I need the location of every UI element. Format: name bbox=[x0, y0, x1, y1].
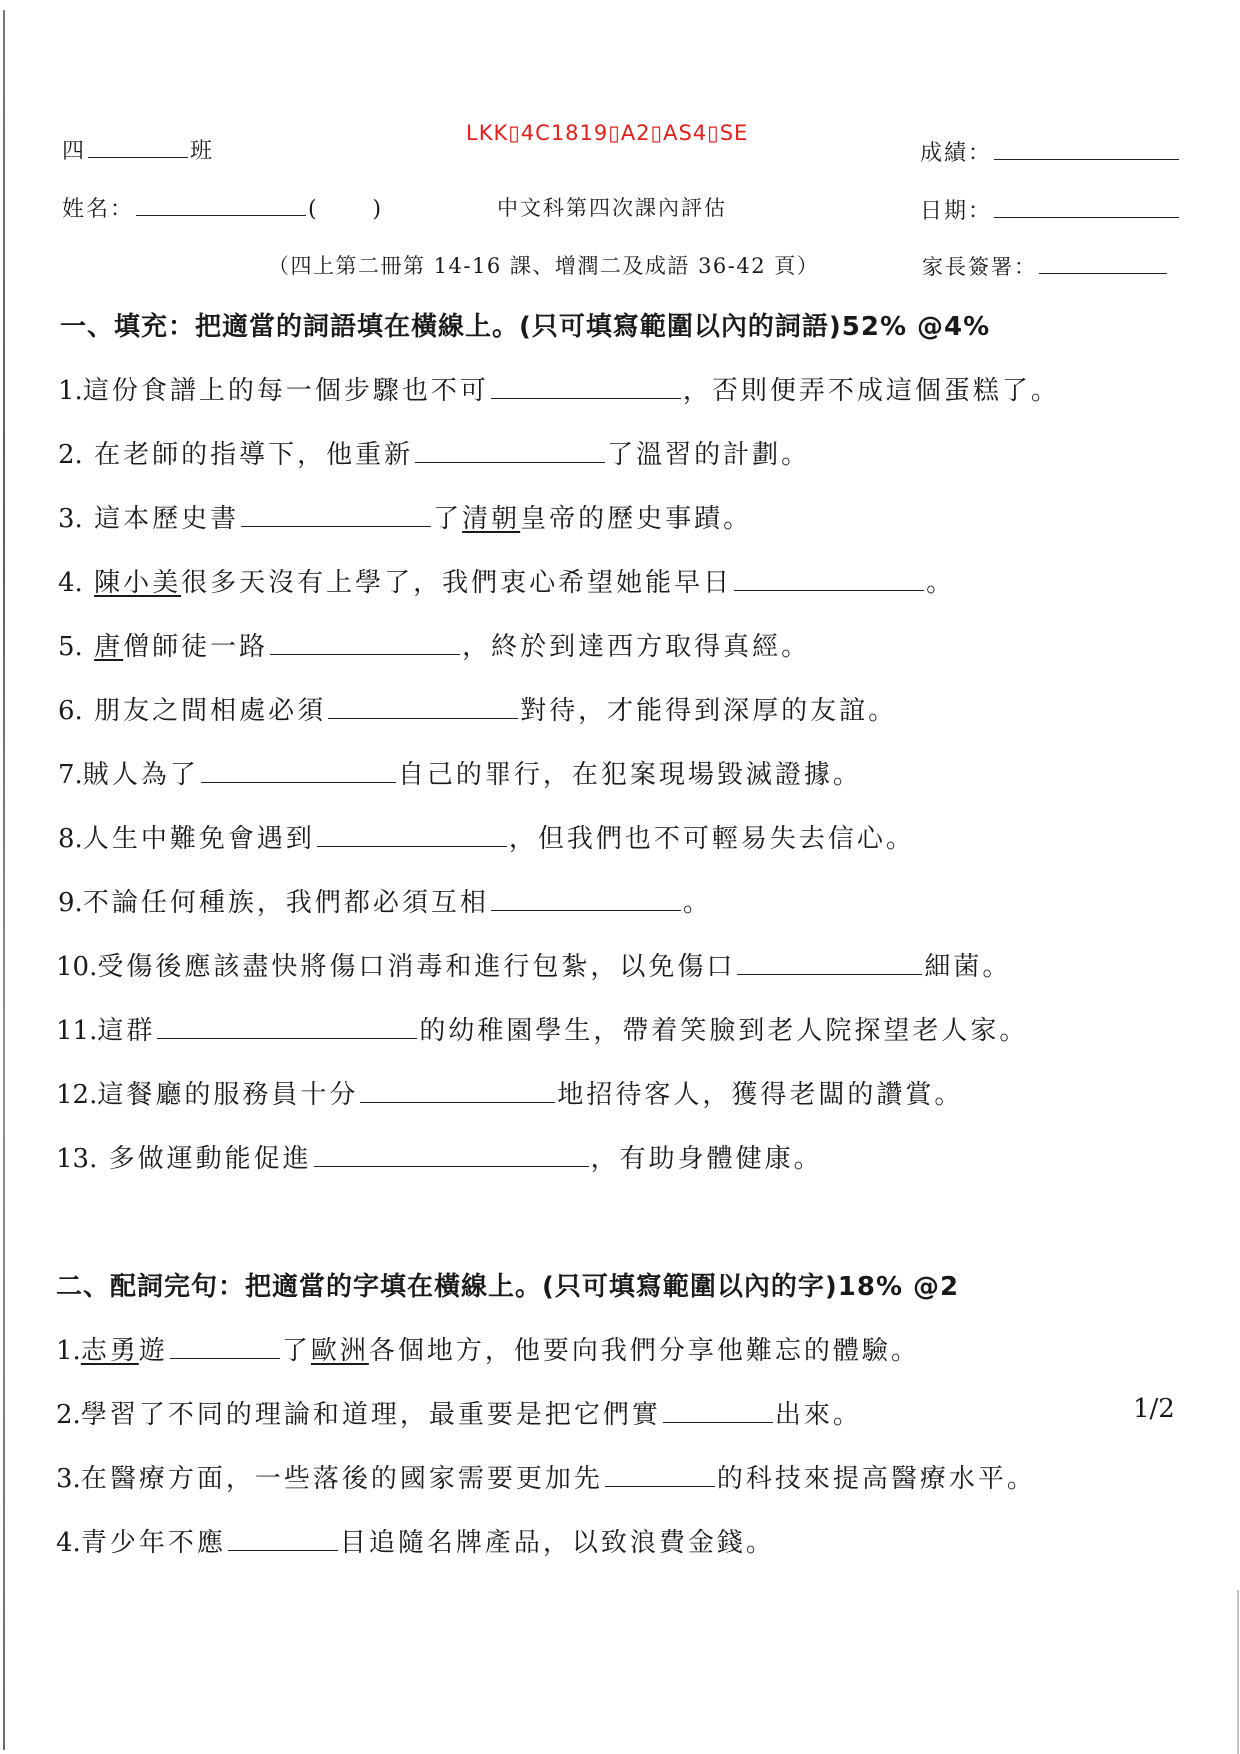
page-number: 1/2 bbox=[1133, 1394, 1175, 1424]
class-prefix: 四 bbox=[62, 139, 86, 164]
name-label: 姓名： bbox=[62, 197, 134, 222]
answer-blank[interactable] bbox=[201, 782, 396, 783]
answer-blank[interactable] bbox=[415, 462, 605, 463]
section-2-question-4: 4.青少年不應目追隨名牌產品，以致浪費金錢。 bbox=[56, 1522, 775, 1559]
class-blank[interactable] bbox=[88, 157, 188, 158]
answer-blank[interactable] bbox=[314, 1166, 589, 1167]
parent-sign-blank[interactable] bbox=[1039, 273, 1167, 274]
answer-blank[interactable] bbox=[491, 910, 681, 911]
scan-border-left bbox=[3, 10, 5, 1750]
answer-blank[interactable] bbox=[663, 1422, 773, 1423]
answer-blank[interactable] bbox=[328, 718, 518, 719]
scan-border-right bbox=[1237, 1590, 1239, 1754]
class-field: 四班 bbox=[62, 134, 214, 165]
question-1: 1.這份食譜上的每一個步驟也不可，否則便弄不成這個蛋糕了。 bbox=[58, 370, 1060, 407]
parent-sign-field: 家長簽署： bbox=[922, 251, 1169, 281]
parent-sign-label: 家長簽署： bbox=[922, 255, 1037, 279]
question-10: 10.受傷後應該盡快將傷口消毒和進行包紮，以免傷口細菌。 bbox=[56, 946, 1011, 983]
question-7: 7.賊人為了自己的罪行，在犯案現場毀滅證據。 bbox=[58, 754, 862, 791]
answer-blank[interactable] bbox=[317, 846, 507, 847]
date-label: 日期： bbox=[920, 199, 992, 224]
answer-blank[interactable] bbox=[360, 1102, 555, 1103]
question-8: 8.人生中難免會遇到，但我們也不可輕易失去信心。 bbox=[58, 818, 915, 855]
section-2-question-1: 1.志勇遊了歐洲各個地方，他要向我們分享他難忘的體驗。 bbox=[56, 1330, 920, 1367]
section-2-question-3: 3.在醫療方面，一些落後的國家需要更加先的科技來提高醫療水平。 bbox=[56, 1458, 1036, 1495]
question-3: 3. 這本歷史書了清朝皇帝的歷史事蹟。 bbox=[58, 498, 752, 535]
section-2-question-2: 2.學習了不同的理論和道理，最重要是把它們實出來。 bbox=[56, 1394, 862, 1431]
answer-blank[interactable] bbox=[734, 590, 924, 591]
score-blank[interactable] bbox=[994, 159, 1179, 160]
name-field: 姓名：( ) bbox=[62, 192, 383, 223]
question-6: 6. 朋友之間相處必須對待，才能得到深厚的友誼。 bbox=[58, 690, 897, 727]
question-12: 12.這餐廳的服務員十分地招待客人，獲得老闆的讚賞。 bbox=[56, 1074, 963, 1111]
question-5: 5. 唐僧師徒一路，終於到達西方取得真經。 bbox=[58, 626, 810, 663]
score-label: 成績： bbox=[920, 141, 992, 166]
question-13: 13. 多做運動能促進，有助身體健康。 bbox=[56, 1138, 823, 1175]
class-suffix: 班 bbox=[190, 139, 214, 164]
question-9: 9.不論任何種族，我們都必須互相。 bbox=[58, 882, 712, 919]
answer-blank[interactable] bbox=[170, 1358, 280, 1359]
answer-blank[interactable] bbox=[605, 1486, 715, 1487]
date-field: 日期： bbox=[920, 194, 1181, 225]
question-2: 2. 在老師的指導下，他重新了溫習的計劃。 bbox=[58, 434, 810, 471]
document-code: LKK▯4C1819▯A2▯AS4▯SE bbox=[466, 121, 748, 145]
name-blank[interactable] bbox=[136, 215, 306, 216]
score-field: 成績： bbox=[920, 136, 1181, 167]
section-2-title: 二、配詞完句：把適當的字填在橫線上。(只可填寫範圍以內的字)18% @2 bbox=[56, 1266, 959, 1303]
page-title: 中文科第四次課內評估 bbox=[497, 192, 727, 222]
assessment-scope: （四上第二冊第 14-16 課、增潤二及成語 36-42 頁） bbox=[268, 250, 819, 280]
class-number-paren[interactable]: ( ) bbox=[308, 197, 383, 222]
answer-blank[interactable] bbox=[737, 974, 922, 975]
answer-blank[interactable] bbox=[228, 1550, 338, 1551]
answer-blank[interactable] bbox=[270, 654, 460, 655]
answer-blank[interactable] bbox=[241, 526, 431, 527]
section-1-title: 一、填充：把適當的詞語填在橫線上。(只可填寫範圍以內的詞語)52% @4% bbox=[60, 306, 990, 343]
answer-blank[interactable] bbox=[491, 398, 681, 399]
date-blank[interactable] bbox=[994, 217, 1179, 218]
answer-blank[interactable] bbox=[157, 1038, 417, 1039]
question-4: 4. 陳小美很多天沒有上學了，我們衷心希望她能早日。 bbox=[58, 562, 955, 599]
question-11: 11.這群的幼稚園學生，帶着笑臉到老人院探望老人家。 bbox=[56, 1010, 1028, 1047]
